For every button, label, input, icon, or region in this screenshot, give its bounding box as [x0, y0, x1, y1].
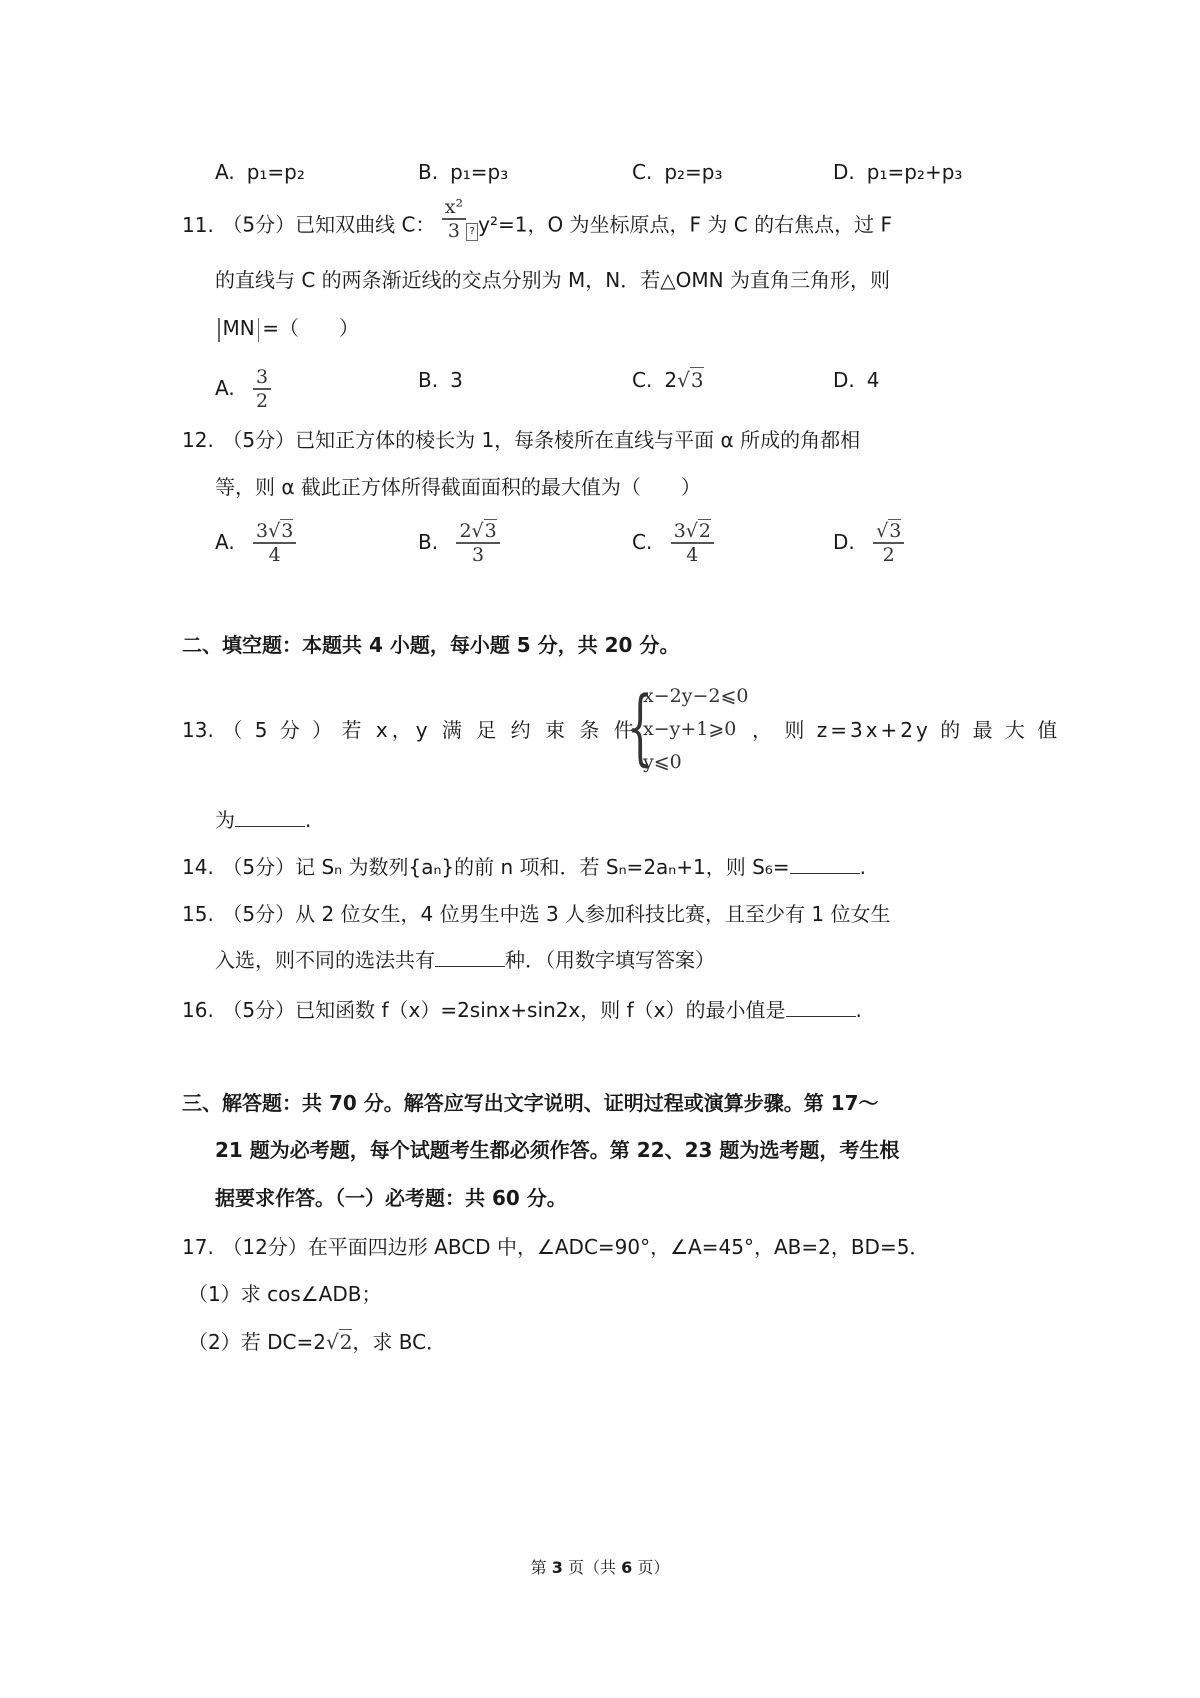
question-text: 从 2 位女生，4 位男生中选 3 人参加科技比赛，且至少有 1 位女生 — [295, 902, 890, 926]
q16-line: 16. （5分）已知函数 f（x）=2sinx+sin2x，则 f（x）的最小值… — [182, 996, 862, 1024]
option-text: p₁=p₂+p₃ — [867, 160, 963, 184]
question-text: 若 x，y 满 足 约 束 条 件 — [342, 718, 638, 742]
numerator: 3 — [253, 366, 271, 390]
option-label: D. — [833, 530, 855, 554]
q15-line1: 15. （5分）从 2 位女生，4 位男生中选 3 人参加科技比赛，且至少有 1… — [182, 900, 891, 928]
q10-option-d: D.p₁=p₂+p₃ — [833, 158, 962, 186]
q11-option-c: C.2√3 — [632, 366, 704, 394]
denominator: 4 — [266, 544, 284, 566]
question-text: 已知正方体的棱长为 1，每条棱所在直线与平面 α 所成的角都相 — [295, 428, 860, 452]
numerator: 3√2 — [671, 520, 714, 544]
q13-line2: 为. — [215, 806, 311, 834]
q12-line1: 12. （5分）已知正方体的棱长为 1，每条棱所在直线与平面 α 所成的角都相 — [182, 426, 860, 454]
q13-line1-tail: ， 则 z=3x+2y 的 最 大 值 — [752, 716, 1060, 744]
radicand: 3 — [888, 519, 901, 542]
abs-bar-left — [218, 318, 220, 342]
coefficient: 2 — [664, 368, 677, 392]
coefficient: 3 — [674, 520, 686, 542]
q12-option-d: D. √3 2 — [833, 520, 904, 566]
q10-option-a: A.p₁=p₂ — [215, 158, 305, 186]
q13-line1: 13. （ 5 分 ） 若 x，y 满 足 约 束 条 件 — [182, 716, 638, 744]
q12-option-c: C. 3√2 4 — [632, 520, 714, 566]
question-number: 11. — [182, 211, 216, 239]
answer-blank[interactable] — [790, 853, 860, 874]
q15-line2: 入选，则不同的选法共有种．（用数字填写答案） — [215, 946, 715, 974]
question-score: （12分） — [222, 1235, 307, 1259]
footer-text: 页） — [637, 1558, 669, 1577]
question-text: 入选，则不同的选法共有 — [215, 948, 435, 972]
period: . — [860, 855, 866, 879]
abs-content: MN — [223, 316, 255, 340]
total-page-count: 6 — [621, 1558, 632, 1577]
denominator: 2 — [253, 390, 271, 412]
question-score: （5分） — [222, 428, 295, 452]
footer-text: 页（共 — [568, 1558, 616, 1577]
option-label: A. — [215, 530, 235, 554]
question-text: y²=1，O 为坐标原点，F 为 C 的右焦点，过 F — [478, 213, 892, 237]
question-number: 12. — [182, 426, 216, 454]
denominator: 3 — [469, 544, 487, 566]
coefficient: 2 — [459, 520, 471, 542]
period: . — [856, 998, 862, 1022]
option-text: p₁=p₂ — [247, 160, 305, 184]
fraction: 3√2 4 — [671, 520, 714, 566]
coefficient: 3 — [256, 520, 268, 542]
page-footer: 第 3 页（共 6 页） — [0, 1555, 1200, 1578]
question-text: 在平面四边形 ABCD 中，∠ADC=90°，∠A=45°，AB=2，BD=5． — [308, 1235, 930, 1259]
option-label: B. — [418, 160, 438, 184]
answer-blank[interactable] — [235, 806, 305, 827]
sqrt-symbol: √3 — [876, 519, 901, 542]
q10-option-c: C.p₂=p₃ — [632, 158, 723, 186]
numerator: √3 — [873, 520, 904, 544]
current-page-number: 3 — [552, 1558, 563, 1577]
constraint-2: x−y+1⩾0 — [643, 713, 748, 746]
q12-line2: 等，则 α 截此正方体所得截面面积的最大值为（ ） — [215, 473, 701, 501]
denominator: 2 — [880, 544, 898, 566]
section-heading-solutions-line3: 据要求作答。（一）必考题：共 60 分。 — [215, 1184, 567, 1212]
option-text: p₁=p₃ — [450, 160, 508, 184]
period: . — [305, 808, 311, 832]
question-score: （5分） — [222, 998, 295, 1022]
question-number: 17. — [182, 1233, 216, 1261]
option-text: 4 — [867, 368, 880, 392]
option-text: 3 — [450, 368, 463, 392]
q11-option-d: D.4 — [833, 366, 880, 394]
constraint-3: y⩽0 — [643, 746, 748, 779]
section-heading-solutions-line2: 21 题为必考题，每个试题考生都必须作答。第 22、23 题为选考题，考生根 — [215, 1136, 899, 1164]
q11-line2: 的直线与 C 的两条渐近线的交点分别为 M，N．若△OMN 为直角三角形，则 — [215, 266, 890, 294]
question-text: （2）若 DC=2 — [188, 1330, 326, 1354]
q17-line: 17. （12分）在平面四边形 ABCD 中，∠ADC=90°，∠A=45°，A… — [182, 1233, 929, 1261]
numerator: 2√3 — [456, 520, 499, 544]
q11-line3: MN=（ ） — [215, 314, 359, 342]
question-text: 已知双曲线 C： — [295, 213, 435, 237]
question-score: （5分） — [222, 213, 295, 237]
radicand: 2 — [698, 519, 711, 542]
option-text: p₂=p₃ — [664, 160, 722, 184]
question-text: 记 Sₙ 为数列{aₙ}的前 n 项和．若 Sₙ=2aₙ+1，则 S₆= — [295, 855, 789, 879]
option-label: C. — [632, 368, 652, 392]
constraint-system: x−2y−2⩽0 x−y+1⩾0 y⩽0 — [643, 680, 748, 779]
numerator: 3√3 — [253, 520, 296, 544]
section-heading-fill-in: 二、填空题：本题共 4 小题，每小题 5 分，共 20 分。 — [182, 631, 679, 659]
option-label: B. — [418, 368, 438, 392]
answer-blank[interactable] — [435, 946, 505, 967]
sqrt-symbol: √3 — [268, 519, 293, 542]
radicand: 3 — [484, 519, 497, 542]
numerator: x² — [442, 196, 466, 220]
option-label: A. — [215, 376, 235, 400]
fraction: √3 2 — [873, 520, 904, 566]
question-text: 已知函数 f（x）=2sinx+sin2x，则 f（x）的最小值是 — [295, 998, 785, 1022]
radicand: 3 — [690, 367, 704, 392]
fraction: 2√3 3 — [456, 520, 499, 566]
option-label: D. — [833, 368, 855, 392]
question-text: ，求 BC． — [352, 1330, 446, 1354]
question-number: 16. — [182, 996, 216, 1024]
sqrt-symbol: √2 — [326, 1329, 352, 1354]
radicand: 2 — [339, 1329, 353, 1354]
fraction: 3√3 4 — [253, 520, 296, 566]
question-number: 14. — [182, 853, 216, 881]
radicand: 3 — [280, 519, 293, 542]
q17-part1: （1）求 cos∠ADB； — [188, 1280, 381, 1308]
option-label: A. — [215, 160, 235, 184]
sqrt-symbol: √3 — [472, 519, 497, 542]
denominator: 4 — [683, 544, 701, 566]
q12-option-b: B. 2√3 3 — [418, 520, 500, 566]
option-label: D. — [833, 160, 855, 184]
option-label: B. — [418, 530, 438, 554]
q12-option-a: A. 3√3 4 — [215, 520, 296, 566]
constraint-1: x−2y−2⩽0 — [643, 680, 748, 713]
sqrt-symbol: √2 — [686, 519, 711, 542]
question-text: 种．（用数字填写答案） — [505, 948, 715, 972]
q17-part2: （2）若 DC=2√2，求 BC． — [188, 1328, 446, 1356]
question-score: （ 5 分 ） — [222, 718, 335, 742]
q11-option-b: B.3 — [418, 366, 463, 394]
option-label: C. — [632, 160, 652, 184]
answer-blank[interactable] — [786, 996, 856, 1017]
q11-option-a: A. 3 2 — [215, 366, 271, 412]
fraction: x² 3 — [442, 196, 466, 242]
abs-bar-right — [258, 318, 260, 342]
section-heading-solutions: 三、解答题：共 70 分。解答应写出文字说明、证明过程或演算步骤。第 17～ — [182, 1089, 879, 1117]
sqrt-symbol: √3 — [677, 367, 703, 392]
question-number: 13. — [182, 716, 216, 744]
answer-paren: =（ ） — [262, 316, 359, 340]
question-number: 15. — [182, 900, 216, 928]
denominator: 3 — [445, 220, 463, 242]
missing-glyph-icon: ? — [466, 223, 478, 241]
question-score: （5分） — [222, 855, 295, 879]
q14-line: 14. （5分）记 Sₙ 为数列{aₙ}的前 n 项和．若 Sₙ=2aₙ+1，则… — [182, 853, 866, 881]
q11-line1: 11. （5分）已知双曲线 C： x² 3 ?y²=1，O 为坐标原点，F 为 … — [182, 210, 892, 242]
question-text: 为 — [215, 808, 235, 832]
q10-option-b: B.p₁=p₃ — [418, 158, 508, 186]
option-label: C. — [632, 530, 652, 554]
fraction: 3 2 — [253, 366, 271, 412]
footer-text: 第 — [531, 1558, 547, 1577]
question-score: （5分） — [222, 902, 295, 926]
